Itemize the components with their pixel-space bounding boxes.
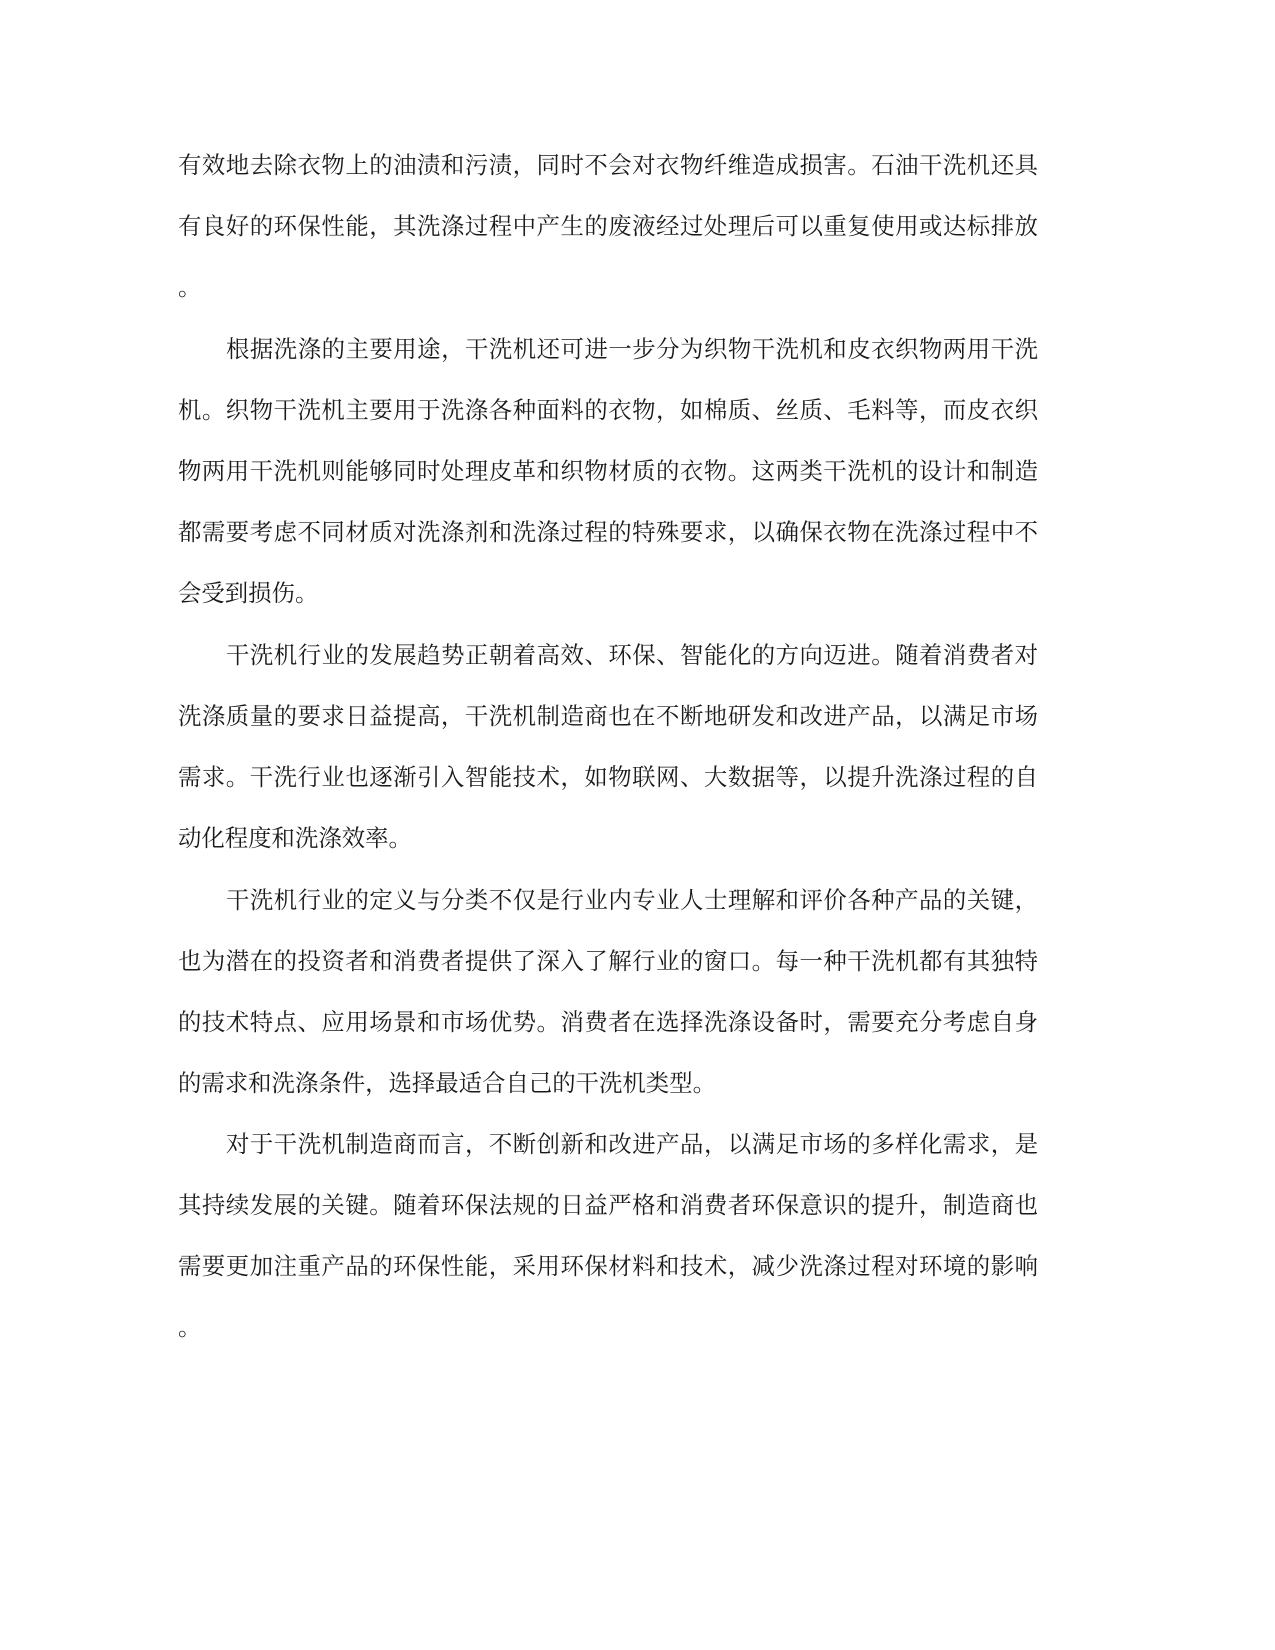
text-line: 干洗机行业的发展趋势正朝着高效、环保、智能化的方向迈进。随着消费者对 xyxy=(226,635,1038,675)
text-line: 物两用干洗机则能够同时处理皮革和织物材质的衣物。这两类干洗机的设计和制造 xyxy=(178,451,1038,491)
text-line: 需求。干洗行业也逐渐引入智能技术，如物联网、大数据等，以提升洗涤过程的自 xyxy=(178,757,1038,797)
text-line: 。 xyxy=(178,267,1038,307)
text-line: 根据洗涤的主要用途，干洗机还可进一步分为织物干洗机和皮衣织物两用干洗 xyxy=(226,329,1038,369)
text-line: 也为潜在的投资者和消费者提供了深入了解行业的窗口。每一种干洗机都有其独特 xyxy=(178,941,1038,981)
text-line: 对于干洗机制造商而言，不断创新和改进产品，以满足市场的多样化需求，是 xyxy=(226,1124,1038,1164)
text-line: 其持续发展的关键。随着环保法规的日益严格和消费者环保意识的提升，制造商也 xyxy=(178,1185,1038,1225)
text-line: 干洗机行业的定义与分类不仅是行业内专业人士理解和评价各种产品的关键， xyxy=(226,880,1038,920)
text-line: 会受到损伤。 xyxy=(178,573,1038,613)
text-line: 都需要考虑不同材质对洗涤剂和洗涤过程的特殊要求，以确保衣物在洗涤过程中不 xyxy=(178,512,1038,552)
text-line: 有效地去除衣物上的油渍和污渍，同时不会对衣物纤维造成损害。石油干洗机还具 xyxy=(178,145,1038,185)
document-page: 有效地去除衣物上的油渍和污渍，同时不会对衣物纤维造成损害。石油干洗机还具 有良好… xyxy=(0,0,1275,1650)
text-line: 的需求和洗涤条件，选择最适合自己的干洗机类型。 xyxy=(178,1063,1038,1103)
text-line: 机。织物干洗机主要用于洗涤各种面料的衣物，如棉质、丝质、毛料等，而皮衣织 xyxy=(178,390,1038,430)
text-line: 有良好的环保性能，其洗涤过程中产生的废液经过处理后可以重复使用或达标排放 xyxy=(178,206,1038,246)
text-line: 洗涤质量的要求日益提高，干洗机制造商也在不断地研发和改进产品，以满足市场 xyxy=(178,696,1038,736)
text-line: 需要更加注重产品的环保性能，采用环保材料和技术，减少洗涤过程对环境的影响 xyxy=(178,1246,1038,1286)
text-line: 。 xyxy=(178,1307,1038,1347)
text-line: 动化程度和洗涤效率。 xyxy=(178,818,1038,858)
text-line: 的技术特点、应用场景和市场优势。消费者在选择洗涤设备时，需要充分考虑自身 xyxy=(178,1002,1038,1042)
